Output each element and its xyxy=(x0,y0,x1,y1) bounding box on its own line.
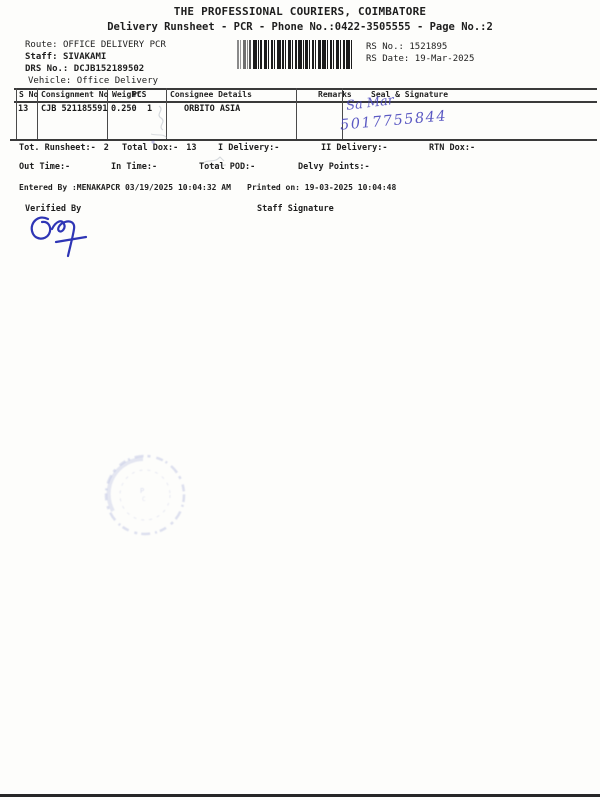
vehicle-value: Office Delivery xyxy=(77,76,158,86)
cell-weight: 0.250 xyxy=(111,104,137,114)
cell-consignment-no: CJB 521185591 xyxy=(41,104,108,114)
drs-value: DCJB152189502 xyxy=(74,64,144,74)
table-header-rule xyxy=(14,101,597,103)
table-vline-left xyxy=(16,88,17,139)
svg-text:P: P xyxy=(140,487,144,495)
round-stamp: P C xyxy=(99,449,191,541)
recipient-signature-name: Sa Mar xyxy=(345,93,395,114)
printed-on: Printed on: 19-03-2025 10:04:48 xyxy=(247,183,396,192)
pencil-mark xyxy=(145,100,185,146)
i-delivery: I Delivery:- xyxy=(218,143,279,153)
document-title: THE PROFESSIONAL COURIERS, COIMBATORE xyxy=(0,5,600,18)
staff-signature-label: Staff Signature xyxy=(257,204,334,214)
entered-by: Entered By :MENAKAPCR 03/19/2025 10:04:3… xyxy=(19,183,231,192)
document-subtitle: Delivery Runsheet - PCR - Phone No.:0422… xyxy=(0,21,600,33)
route-line: Route: OFFICE DELIVERY PCR xyxy=(25,40,166,50)
route-label: Route: xyxy=(25,40,58,50)
column-header-pcs: PCS xyxy=(132,90,146,99)
table-bottom-rule xyxy=(10,139,597,141)
rs-date-label: RS Date: xyxy=(366,54,409,64)
ii-delivery: II Delivery:- xyxy=(321,143,388,153)
rs-date-value: 19-Mar-2025 xyxy=(415,54,475,64)
column-header-sno: S No xyxy=(19,90,38,99)
cell-sno: 13 xyxy=(18,104,28,114)
total-dox-label: Total Dox:- xyxy=(122,143,178,153)
staff-label: Staff: xyxy=(25,52,58,62)
rtn-dox: RTN Dox:- xyxy=(429,143,475,153)
column-header-consignment-no: Consignment No xyxy=(41,90,108,99)
total-dox: Total Dox:-13 xyxy=(122,143,197,153)
vehicle-label: Vehicle: xyxy=(28,76,71,86)
drs-label: DRS No.: xyxy=(25,64,68,74)
staff-line: Staff: SIVAKAMI xyxy=(25,52,106,62)
total-pod: Total POD:- xyxy=(199,162,255,172)
out-time: Out Time:- xyxy=(19,162,70,172)
verified-by-signature xyxy=(24,209,104,259)
cell-consignee: ORBITO ASIA xyxy=(184,104,240,114)
rs-no-label: RS No.: xyxy=(366,42,404,52)
total-dox-value: 13 xyxy=(186,143,196,153)
in-time: In Time:- xyxy=(111,162,157,172)
delvy-points: Delvy Points:- xyxy=(298,162,370,172)
scan-bottom-edge xyxy=(0,794,600,797)
svg-text:C: C xyxy=(142,496,146,503)
barcode-image xyxy=(237,40,353,69)
rs-no-value: 1521895 xyxy=(409,42,447,52)
tot-runsheet-label: Tot. Runsheet:- xyxy=(19,143,96,153)
staff-value: SIVAKAMI xyxy=(63,52,106,62)
column-header-consignee-details: Consignee Details xyxy=(170,90,252,99)
column-header-remarks: Remarks xyxy=(318,90,352,99)
tot-runsheet-value: 2 xyxy=(104,143,109,153)
delivery-runsheet-document: THE PROFESSIONAL COURIERS, COIMBATORE De… xyxy=(0,0,600,800)
rs-no-line: RS No.: 1521895 xyxy=(366,42,447,52)
tot-runsheet: Tot. Runsheet:-2 xyxy=(19,143,109,153)
vehicle-line: Vehicle: Office Delivery xyxy=(28,76,158,86)
drs-line: DRS No.: DCJB152189502 xyxy=(25,64,144,74)
table-vline-consignee xyxy=(296,88,297,139)
rs-date-line: RS Date: 19-Mar-2025 xyxy=(366,54,474,64)
route-value: OFFICE DELIVERY PCR xyxy=(63,40,166,50)
